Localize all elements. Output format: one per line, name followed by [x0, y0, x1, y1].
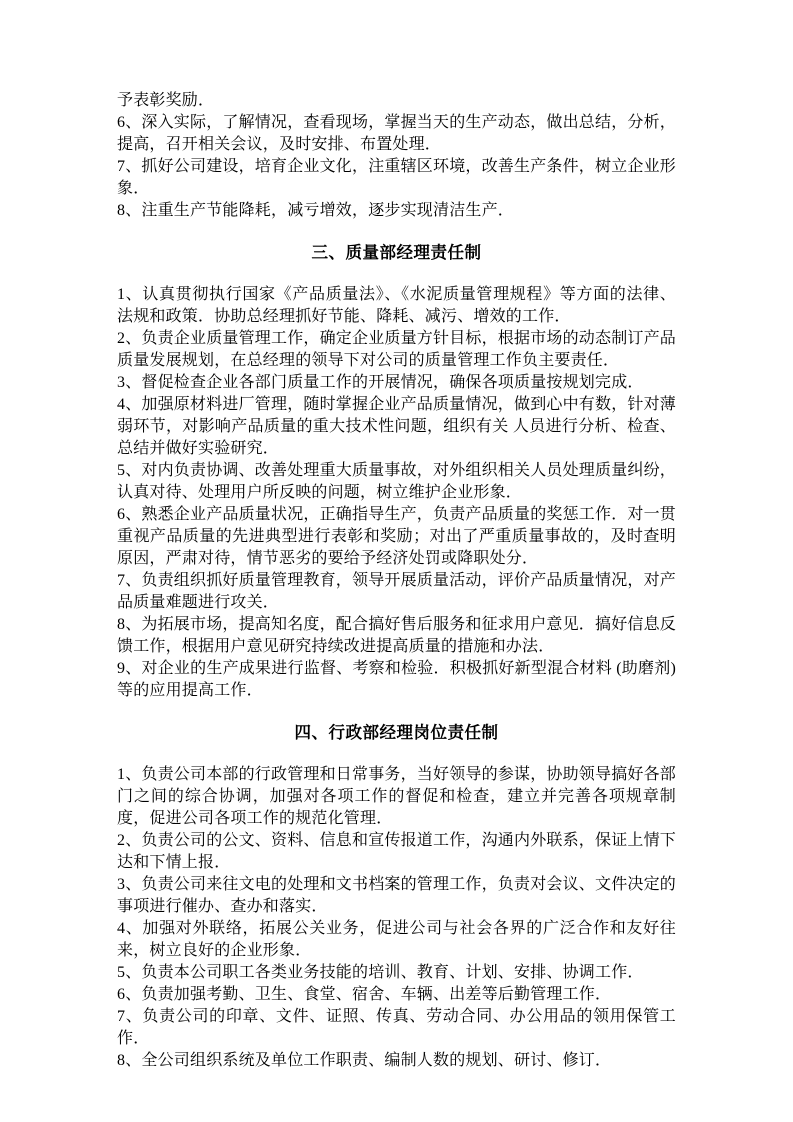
- document-page: 予表彰奖励． 6、深入实际，了解情况，查看现场，掌握当天的生产动态，做出总结，分…: [0, 0, 793, 1122]
- paragraph-quality-item-6: 6、熟悉企业产品质量状况，正确指导生产，负责产品质量的奖惩工作．对一贯重视产品质…: [117, 504, 676, 570]
- section-heading-admin-dept: 四、行政部经理岗位责任制: [117, 722, 676, 744]
- paragraph-quality-item-9: 9、对企业的生产成果进行监督、考察和检验．积极抓好新型混合材料 (助磨剂) 等的…: [117, 658, 676, 702]
- paragraph-quality-item-1: 1、认真贯彻执行国家《产品质量法》、《水泥质量管理规程》等方面的法律、法规和政策…: [117, 284, 676, 328]
- paragraph-quality-item-7: 7、负责组织抓好质量管理教育，领导开展质量活动，评价产品质量情况，对产品质量难题…: [117, 570, 676, 614]
- paragraph-admin-item-6: 6、负责加强考勤、卫生、食堂、宿舍、车辆、出差等后勤管理工作．: [117, 984, 676, 1006]
- paragraph-quality-item-4: 4、加强原材料进厂管理，随时掌握企业产品质量情况，做到心中有数，针对薄弱环节，对…: [117, 394, 676, 460]
- paragraph-item-7: 7、抓好公司建设，培育企业文化，注重辖区环境，改善生产条件，树立企业形象．: [117, 156, 676, 200]
- paragraph-admin-item-2: 2、负责公司的公文、资料、信息和宣传报道工作，沟通内外联系，保证上情下达和下情上…: [117, 830, 676, 874]
- paragraph-quality-item-5: 5、对内负责协调、改善处理重大质量事故，对外组织相关人员处理质量纠纷，认真对待、…: [117, 460, 676, 504]
- paragraph-quality-item-3: 3、督促检查企业各部门质量工作的开展情况，确保各项质量按规划完成．: [117, 372, 676, 394]
- paragraph-admin-item-8: 8、全公司组织系统及单位工作职责、编制人数的规划、研讨、修订．: [117, 1050, 676, 1072]
- paragraph-admin-item-3: 3、负责公司来往文电的处理和文书档案的管理工作，负责对会议、文件决定的事项进行催…: [117, 874, 676, 918]
- paragraph-continuation: 予表彰奖励．: [117, 90, 676, 112]
- section-heading-quality-dept: 三、质量部经理责任制: [117, 242, 676, 264]
- paragraph-admin-item-7: 7、负责公司的印章、文件、证照、传真、劳动合同、办公用品的领用保管工作．: [117, 1006, 676, 1050]
- paragraph-item-6: 6、深入实际，了解情况，查看现场，掌握当天的生产动态，做出总结，分析，提高，召开…: [117, 112, 676, 156]
- paragraph-quality-item-8: 8、为拓展市场，提高知名度，配合搞好售后服务和征求用户意见．搞好信息反馈工作，根…: [117, 614, 676, 658]
- paragraph-quality-item-2: 2、负责企业质量管理工作，确定企业质量方针目标，根据市场的动态制订产品质量发展规…: [117, 328, 676, 372]
- paragraph-admin-item-1: 1、负责公司本部的行政管理和日常事务，当好领导的参谋，协助领导搞好各部门之间的综…: [117, 764, 676, 830]
- paragraph-admin-item-5: 5、负责本公司职工各类业务技能的培训、教育、计划、安排、协调工作．: [117, 962, 676, 984]
- paragraph-admin-item-4: 4、加强对外联络，拓展公关业务，促进公司与社会各界的广泛合作和友好往来，树立良好…: [117, 918, 676, 962]
- paragraph-item-8: 8、注重生产节能降耗，减亏增效，逐步实现清洁生产．: [117, 200, 676, 222]
